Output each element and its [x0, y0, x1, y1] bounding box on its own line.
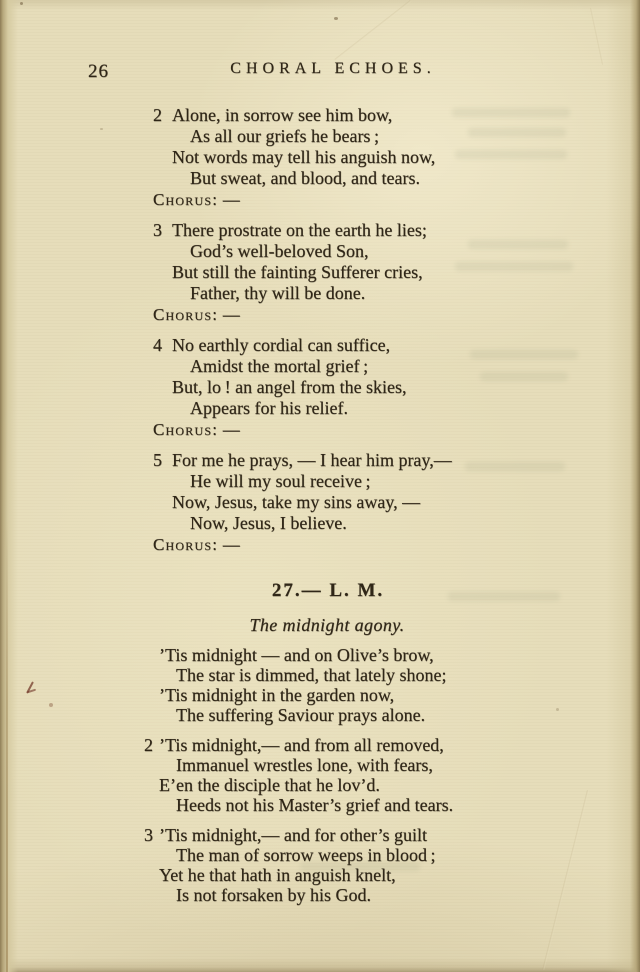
verse-line: For me he prays, — I hear him pray,—: [172, 450, 640, 471]
verse-line: As all our griefs he bears ;: [190, 126, 640, 147]
verse-line: The suffering Saviour prays alone.: [176, 705, 640, 725]
hymn-27: 27.— L. M. The midnight agony. ’Tis midn…: [0, 580, 640, 905]
verse-line: E’en the disciple that he lov’d.: [159, 775, 640, 795]
verse-line: But still the fainting Sufferer cries,: [172, 262, 640, 283]
verse-line: Heeds not his Master’s grief and tears.: [176, 795, 640, 815]
hymn-subtitle: The midnight agony.: [0, 615, 640, 635]
verse-number: 2: [153, 105, 162, 126]
verse-line: Appears for his relief.: [190, 398, 640, 419]
verse: 3 There prostrate on the earth he lies; …: [153, 220, 640, 304]
verse-line: No earthly cordial can suffice,: [172, 335, 640, 356]
verse: 3 ’Tis midnight,— and for other’s guilt …: [144, 825, 640, 905]
verse-line: Alone, in sorrow see him bow,: [172, 105, 640, 126]
verse-line: But, lo ! an angel from the skies,: [172, 377, 640, 398]
page-number: 26: [88, 61, 109, 83]
verse-line: Now, Jesus, take my sins away, —: [172, 492, 640, 513]
verse: 5 For me he prays, — I hear him pray,— H…: [153, 450, 640, 534]
paper-crease: [334, 0, 411, 61]
verse-number: 4: [153, 335, 162, 356]
verse: 4 No earthly cordial can suffice, Amidst…: [153, 335, 640, 419]
verse-number: 3: [153, 220, 162, 241]
book-page: 26 CHORAL ECHOES. 2 Alone, in sorrow see…: [0, 0, 640, 972]
verse-line: ’Tis midnight,— and for other’s guilt: [159, 825, 640, 845]
verse: 2 Alone, in sorrow see him bow, As all o…: [153, 105, 640, 189]
verse-line: Immanuel wrestles lone, with fears,: [176, 755, 640, 775]
chorus-label: Chorus: —: [153, 304, 640, 325]
verse-line: ’Tis midnight,— and from all removed,: [159, 735, 640, 755]
verse-line: The star is dimmed, that lately shone;: [176, 665, 640, 685]
page-content: 2 Alone, in sorrow see him bow, As all o…: [0, 105, 640, 905]
chorus-label: Chorus: —: [153, 189, 640, 210]
chorus-label: Chorus: —: [153, 534, 640, 555]
verse-line: Yet he that hath in anguish knelt,: [159, 865, 640, 885]
hymn-26-continuation: 2 Alone, in sorrow see him bow, As all o…: [0, 105, 640, 555]
verse-line: The man of sorrow weeps in blood ;: [176, 845, 640, 865]
verse-number: 5: [153, 450, 162, 471]
verse-line: Now, Jesus, I believe.: [190, 513, 640, 534]
verse-number: 3: [144, 825, 153, 846]
verse-line: ’Tis midnight in the garden now,: [159, 685, 640, 705]
paper-speck: [20, 2, 23, 5]
verse-line: There prostrate on the earth he lies;: [172, 220, 640, 241]
verse: 2 ’Tis midnight,— and from all removed, …: [144, 735, 640, 815]
chorus-label: Chorus: —: [153, 419, 640, 440]
verse-line: Father, thy will be done.: [190, 283, 640, 304]
verse: ’Tis midnight — and on Olive’s brow, The…: [144, 645, 640, 725]
verse-line: He will my soul receive ;: [190, 471, 640, 492]
page-header: 26 CHORAL ECHOES.: [0, 60, 640, 84]
verse-line: Amidst the mortal grief ;: [190, 356, 640, 377]
verse-line: But sweat, and blood, and tears.: [190, 168, 640, 189]
verse-line: ’Tis midnight — and on Olive’s brow,: [159, 645, 640, 665]
verse-line: Is not forsaken by his God.: [176, 885, 640, 905]
verse-line: God’s well-beloved Son,: [190, 241, 640, 262]
verse-number: 2: [144, 735, 153, 756]
hymn-number-heading: 27.— L. M.: [0, 580, 640, 602]
paper-speck: [334, 17, 338, 20]
paper-crease: [590, 8, 604, 65]
verse-line: Not words may tell his anguish now,: [172, 147, 640, 168]
